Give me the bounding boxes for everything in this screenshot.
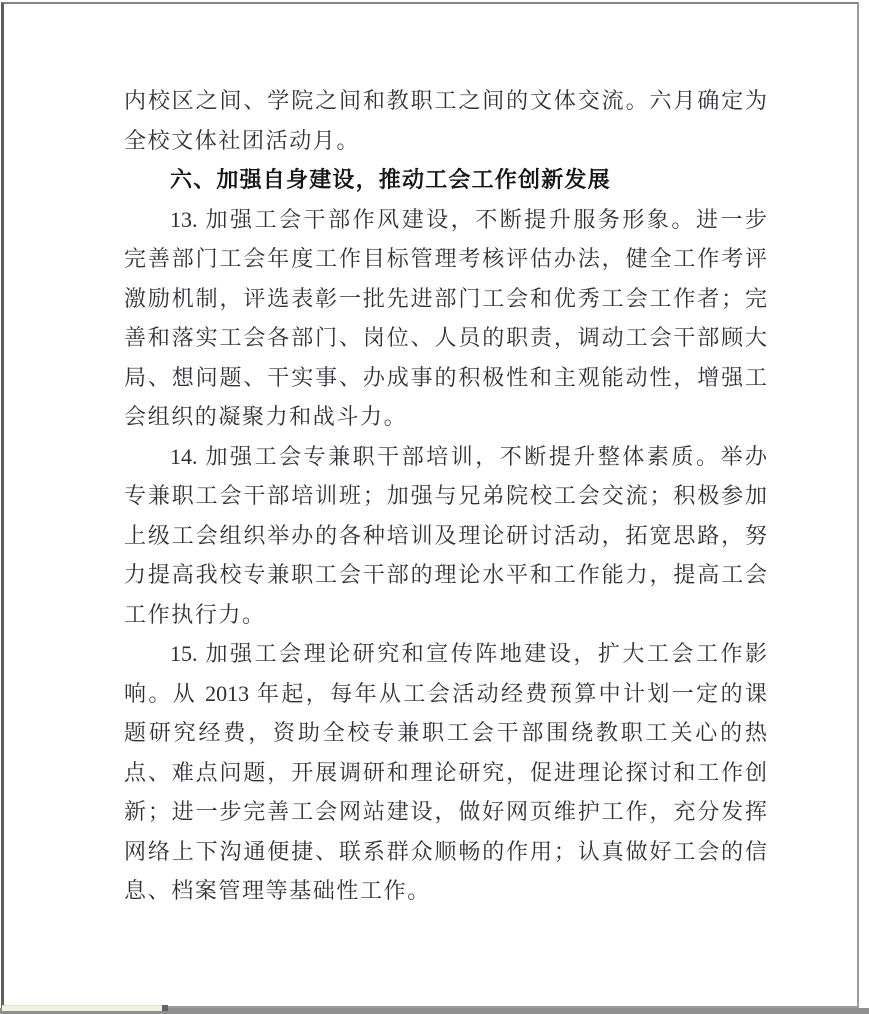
document-line: 上级工会组织举办的各种培训及理论研讨活动，拓宽思路，努 bbox=[124, 516, 767, 556]
horizontal-scrollbar-handle[interactable] bbox=[162, 1005, 168, 1011]
document-line: 完善部门工会年度工作目标管理考核评估办法，健全工作考评 bbox=[124, 239, 767, 279]
document-line: 会组织的凝聚力和战斗力。 bbox=[124, 397, 767, 437]
document-line: 局、想问题、干实事、办成事的积极性和主观能动性，增强工 bbox=[124, 358, 767, 398]
document-line: 全校文体社团活动月。 bbox=[124, 121, 767, 161]
document-line: 内校区之间、学院之间和教职工之间的文体交流。六月确定为 bbox=[124, 81, 767, 121]
document-line: 点、难点问题，开展调研和理论研究，促进理论探讨和工作创 bbox=[124, 753, 767, 793]
document-line: 激励机制，评选表彰一批先进部门工会和优秀工会工作者；完 bbox=[124, 279, 767, 319]
document-line: 15. 加强工会理论研究和宣传阵地建设，扩大工会工作影 bbox=[124, 634, 767, 674]
document-line: 题研究经费，资助全校专兼职工会干部围绕教职工关心的热 bbox=[124, 713, 767, 753]
document-line: 力提高我校专兼职工会干部的理论水平和工作能力，提高工会 bbox=[124, 555, 767, 595]
document-line: 响。从 2013 年起，每年从工会活动经费预算中计划一定的课 bbox=[124, 674, 767, 714]
document-line: 工作执行力。 bbox=[124, 595, 767, 635]
document-page: 内校区之间、学院之间和教职工之间的文体交流。六月确定为全校文体社团活动月。六、加… bbox=[1, 2, 859, 1008]
horizontal-scrollbar-track[interactable] bbox=[2, 1005, 162, 1011]
document-line: 13. 加强工会干部作风建设，不断提升服务形象。进一步 bbox=[124, 200, 767, 240]
text-column: 内校区之间、学院之间和教职工之间的文体交流。六月确定为全校文体社团活动月。六、加… bbox=[124, 81, 767, 911]
document-line: 14. 加强工会专兼职干部培训，不断提升整体素质。举办 bbox=[124, 437, 767, 477]
document-line: 善和落实工会各部门、岗位、人员的职责，调动工会干部顾大 bbox=[124, 318, 767, 358]
document-line: 网络上下沟通便捷、联系群众顺畅的作用；认真做好工会的信 bbox=[124, 832, 767, 872]
document-line: 息、档案管理等基础性工作。 bbox=[124, 871, 767, 911]
document-line: 专兼职工会干部培训班；加强与兄弟院校工会交流；积极参加 bbox=[124, 476, 767, 516]
document-line: 六、加强自身建设，推动工会工作创新发展 bbox=[124, 160, 767, 200]
document-viewer: 内校区之间、学院之间和教职工之间的文体交流。六月确定为全校文体社团活动月。六、加… bbox=[0, 0, 869, 1014]
document-line: 新；进一步完善工会网站建设，做好网页维护工作，充分发挥 bbox=[124, 792, 767, 832]
